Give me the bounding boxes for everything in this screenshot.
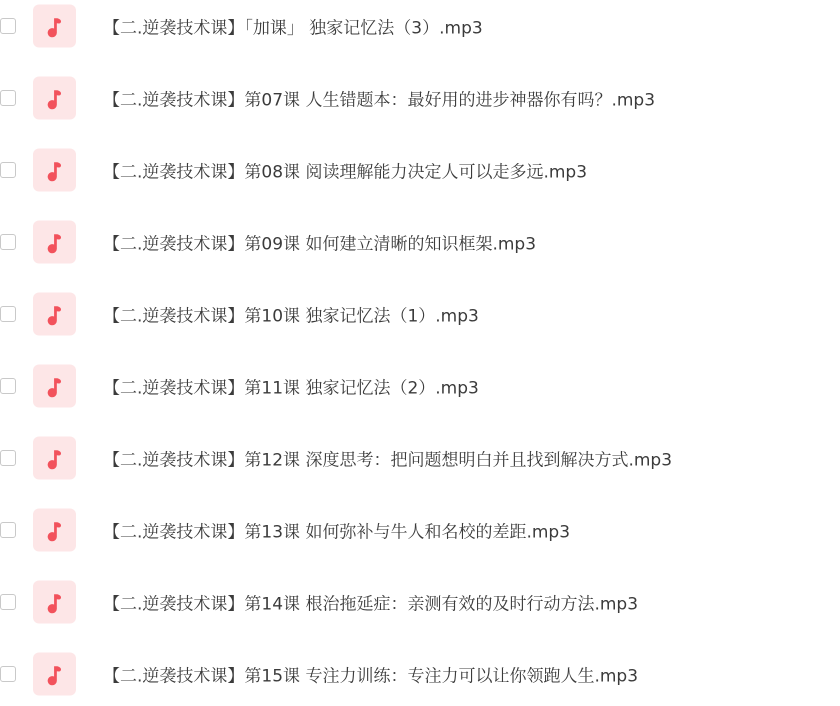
file-row[interactable]: 【二.逆袭技术课】第09课 如何建立清晰的知识框架.mp3: [0, 206, 840, 278]
row-checkbox[interactable]: [0, 162, 16, 178]
file-name[interactable]: 【二.逆袭技术课】第13课 如何弥补与牛人和名校的差距.mp3: [103, 518, 570, 543]
file-name[interactable]: 【二.逆袭技术课】第15课 专注力训练：专注力可以让你领跑人生.mp3: [103, 662, 638, 687]
music-note-icon: [33, 581, 76, 624]
row-checkbox[interactable]: [0, 18, 16, 34]
file-name[interactable]: 【二.逆袭技术课】「加课」 独家记忆法（3）.mp3: [103, 14, 483, 39]
file-row[interactable]: 【二.逆袭技术课】第07课 人生错题本：最好用的进步神器你有吗？.mp3: [0, 62, 840, 134]
row-checkbox[interactable]: [0, 306, 16, 322]
file-row[interactable]: 【二.逆袭技术课】「加课」 独家记忆法（3）.mp3: [0, 0, 840, 62]
music-note-icon: [33, 77, 76, 120]
row-checkbox[interactable]: [0, 522, 16, 538]
music-note-icon: [33, 221, 76, 264]
music-note-icon: [33, 437, 76, 480]
file-name[interactable]: 【二.逆袭技术课】第14课 根治拖延症：亲测有效的及时行动方法.mp3: [103, 590, 638, 615]
file-name[interactable]: 【二.逆袭技术课】第07课 人生错题本：最好用的进步神器你有吗？.mp3: [103, 86, 655, 111]
music-note-icon: [33, 149, 76, 192]
music-note-icon: [33, 293, 76, 336]
file-name[interactable]: 【二.逆袭技术课】第10课 独家记忆法（1）.mp3: [103, 302, 479, 327]
file-row[interactable]: 【二.逆袭技术课】第10课 独家记忆法（1）.mp3: [0, 278, 840, 350]
music-note-icon: [33, 365, 76, 408]
music-note-icon: [33, 509, 76, 552]
file-name[interactable]: 【二.逆袭技术课】第08课 阅读理解能力决定人可以走多远.mp3: [103, 158, 587, 183]
file-row[interactable]: 【二.逆袭技术课】第08课 阅读理解能力决定人可以走多远.mp3: [0, 134, 840, 206]
file-row[interactable]: 【二.逆袭技术课】第14课 根治拖延症：亲测有效的及时行动方法.mp3: [0, 566, 840, 638]
file-name[interactable]: 【二.逆袭技术课】第09课 如何建立清晰的知识框架.mp3: [103, 230, 536, 255]
row-checkbox[interactable]: [0, 666, 16, 682]
file-name[interactable]: 【二.逆袭技术课】第11课 独家记忆法（2）.mp3: [103, 374, 479, 399]
row-checkbox[interactable]: [0, 450, 16, 466]
file-row[interactable]: 【二.逆袭技术课】第13课 如何弥补与牛人和名校的差距.mp3: [0, 494, 840, 566]
music-note-icon: [33, 653, 76, 696]
row-checkbox[interactable]: [0, 234, 16, 250]
row-checkbox[interactable]: [0, 378, 16, 394]
music-note-icon: [33, 5, 76, 48]
file-row[interactable]: 【二.逆袭技术课】第15课 专注力训练：专注力可以让你领跑人生.mp3: [0, 638, 840, 706]
file-row[interactable]: 【二.逆袭技术课】第11课 独家记忆法（2）.mp3: [0, 350, 840, 422]
file-row[interactable]: 【二.逆袭技术课】第12课 深度思考：把问题想明白并且找到解决方式.mp3: [0, 422, 840, 494]
row-checkbox[interactable]: [0, 594, 16, 610]
row-checkbox[interactable]: [0, 90, 16, 106]
file-name[interactable]: 【二.逆袭技术课】第12课 深度思考：把问题想明白并且找到解决方式.mp3: [103, 446, 672, 471]
